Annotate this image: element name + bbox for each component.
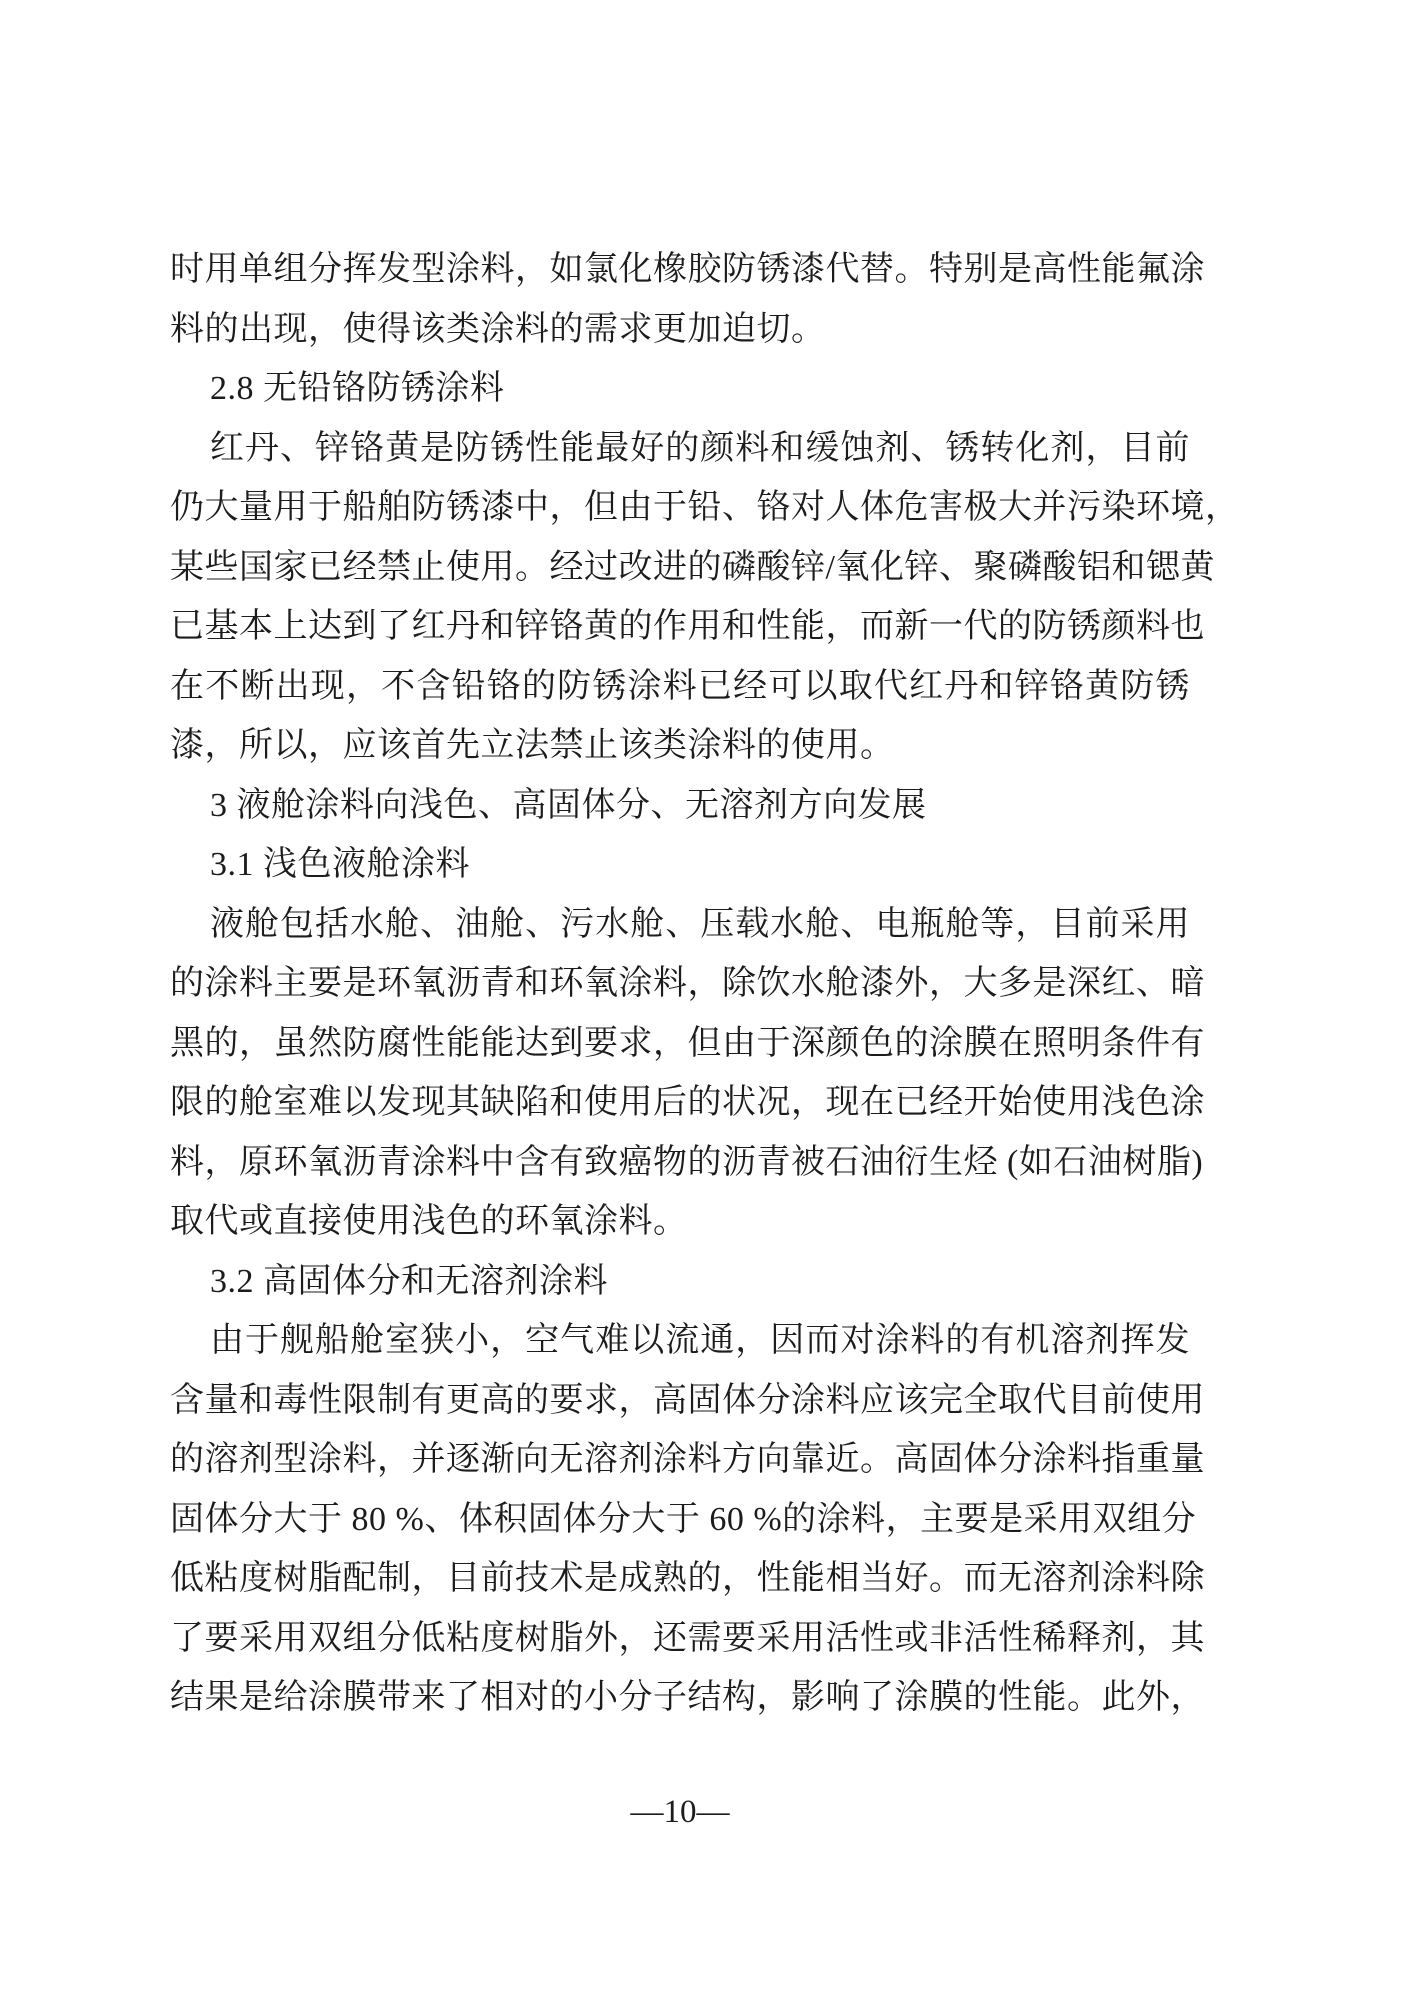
page-text: 时用单组分挥发型涂料，如氯化橡胶防锈漆代替。特别是高性能氟涂料的出现，使得该类涂… <box>170 240 1190 1728</box>
text-line: 某些国家已经禁止使用。经过改进的磷酸锌/氧化锌、聚磷酸铝和锶黄 <box>170 538 1190 598</box>
page-number: —10— <box>170 1792 1190 1832</box>
text-line: 料的出现，使得该类涂料的需求更加迫切。 <box>170 300 1190 360</box>
text-line: 漆，所以，应该首先立法禁止该类涂料的使用。 <box>170 716 1190 776</box>
text-line: 3.2 高固体分和无溶剂涂料 <box>170 1252 1190 1312</box>
document-page: 时用单组分挥发型涂料，如氯化橡胶防锈漆代替。特别是高性能氟涂料的出现，使得该类涂… <box>0 0 1415 2000</box>
text-line: 3 液舱涂料向浅色、高固体分、无溶剂方向发展 <box>170 776 1190 836</box>
text-line: 2.8 无铅铬防锈涂料 <box>170 359 1190 419</box>
text-line: 已基本上达到了红丹和锌铬黄的作用和性能，而新一代的防锈颜料也 <box>170 597 1190 657</box>
text-line: 在不断出现，不含铅铬的防锈涂料已经可以取代红丹和锌铬黄防锈 <box>170 657 1190 717</box>
text-line: 料，原环氧沥青涂料中含有致癌物的沥青被石油衍生烃 (如石油树脂) <box>170 1133 1190 1193</box>
text-line: 黑的，虽然防腐性能能达到要求，但由于深颜色的涂膜在照明条件有 <box>170 1014 1190 1074</box>
text-line: 的溶剂型涂料，并逐渐向无溶剂涂料方向靠近。高固体分涂料指重量 <box>170 1430 1190 1490</box>
text-line: 低粘度树脂配制，目前技术是成熟的，性能相当好。而无溶剂涂料除 <box>170 1549 1190 1609</box>
text-line: 含量和毒性限制有更高的要求，高固体分涂料应该完全取代目前使用 <box>170 1371 1190 1431</box>
text-line: 仍大量用于船舶防锈漆中，但由于铅、铬对人体危害极大并污染环境， <box>170 478 1190 538</box>
text-line: 取代或直接使用浅色的环氧涂料。 <box>170 1192 1190 1252</box>
text-line: 了要采用双组分低粘度树脂外，还需要采用活性或非活性稀释剂，其 <box>170 1609 1190 1669</box>
text-line: 限的舱室难以发现其缺陷和使用后的状况，现在已经开始使用浅色涂 <box>170 1073 1190 1133</box>
text-line: 液舱包括水舱、油舱、污水舱、压载水舱、电瓶舱等，目前采用 <box>170 895 1190 955</box>
text-line: 固体分大于 80 %、体积固体分大于 60 %的涂料，主要是采用双组分 <box>170 1490 1190 1550</box>
text-line: 3.1 浅色液舱涂料 <box>170 835 1190 895</box>
text-line: 红丹、锌铬黄是防锈性能最好的颜料和缓蚀剂、锈转化剂，目前 <box>170 419 1190 479</box>
text-line: 的涂料主要是环氧沥青和环氧涂料，除饮水舱漆外，大多是深红、暗 <box>170 954 1190 1014</box>
text-line: 时用单组分挥发型涂料，如氯化橡胶防锈漆代替。特别是高性能氟涂 <box>170 240 1190 300</box>
text-line: 结果是给涂膜带来了相对的小分子结构，影响了涂膜的性能。此外， <box>170 1668 1190 1728</box>
text-line: 由于舰船舱室狭小，空气难以流通，因而对涂料的有机溶剂挥发 <box>170 1311 1190 1371</box>
